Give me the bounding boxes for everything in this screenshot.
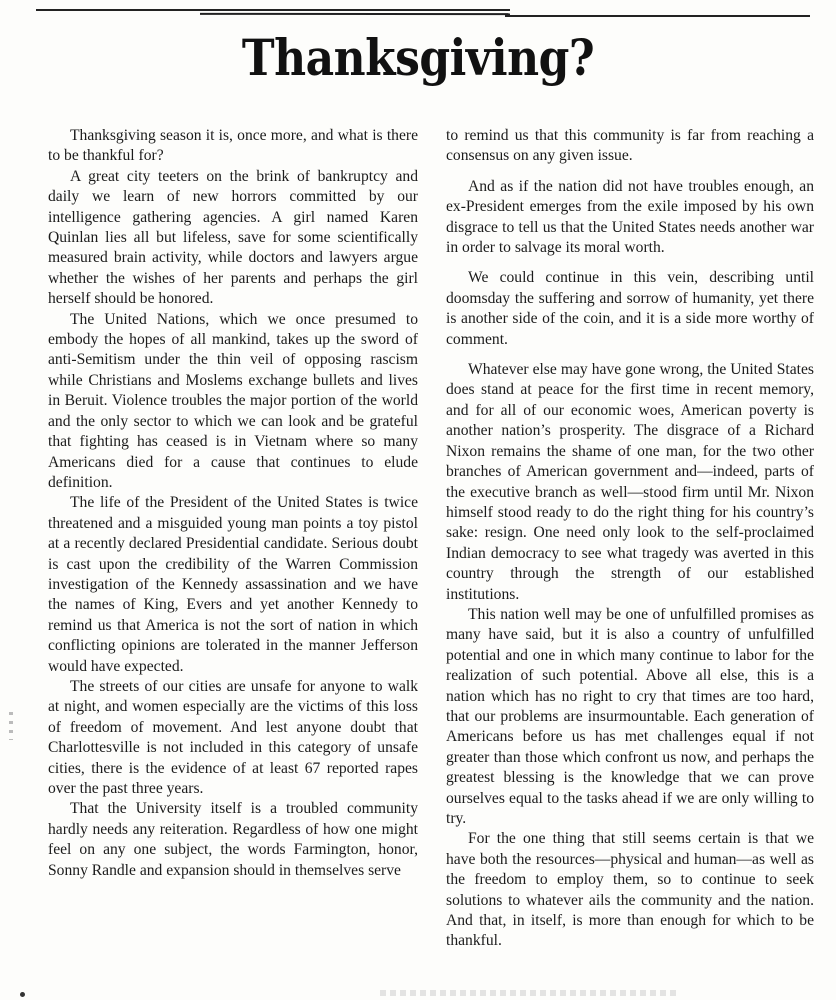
right-column: to remind us that this community is far … <box>446 126 814 952</box>
paragraph: The streets of our cities are unsafe for… <box>48 677 418 799</box>
paragraph: A great city teeters on the brink of ban… <box>48 167 418 310</box>
paragraph: And as if the nation did not have troubl… <box>446 177 814 259</box>
bleed-through-smudge <box>380 990 680 996</box>
newspaper-page: Thanksgiving? Thanksgiving season it is,… <box>0 0 836 1000</box>
headline: Thanksgiving? <box>0 30 836 87</box>
paragraph: The United Nations, which we once presum… <box>48 310 418 494</box>
paragraph: Whatever else may have gone wrong, the U… <box>446 360 814 605</box>
top-rule-divider <box>36 9 510 11</box>
top-rule-divider-segment <box>200 13 510 15</box>
margin-scan-mark <box>9 712 13 740</box>
paragraph: For the one thing that still seems certa… <box>446 829 814 951</box>
paragraph: We could continue in this vein, describi… <box>446 268 814 350</box>
paragraph: The life of the President of the United … <box>48 493 418 677</box>
scan-dot <box>20 992 25 997</box>
paragraph: That the University itself is a troubled… <box>48 799 418 881</box>
paragraph: Thanksgiving season it is, once more, an… <box>48 126 418 167</box>
paragraph-continued: to remind us that this community is far … <box>446 126 814 167</box>
left-column: Thanksgiving season it is, once more, an… <box>48 126 418 881</box>
top-rule-divider-segment <box>505 15 810 17</box>
paragraph: This nation well may be one of unfulfill… <box>446 605 814 829</box>
